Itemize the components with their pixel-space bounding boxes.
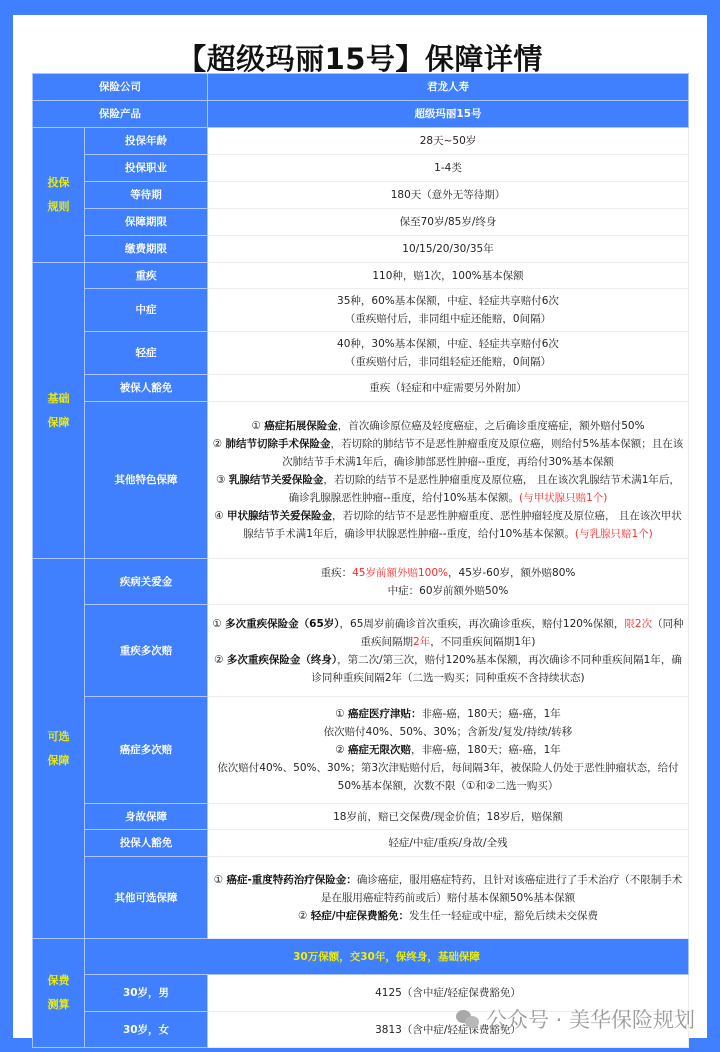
row-value: 35种，60%基本保额，中症、轻症共享赔付6次 （重疾赔付后，非同组中症还能赔，… [208,289,689,332]
feature-item: ④ 甲状腺结节关爱保险金，若切除的结节不是恶性肿瘤重度、恶性肿瘤轻度及原位癌， … [212,507,684,543]
value-highlight: 45岁前额外赔100% [352,567,448,579]
group-label-line: 投保 [37,171,80,195]
group-label-line: 保障 [37,411,80,435]
row-label: 其他特色保障 [85,402,208,559]
row-label: 保险公司 [33,74,208,101]
content-panel: 【超级玛丽15号】保障详情 保险公司 君龙人寿 保险产品 超级玛丽15号 投保 … [13,15,707,1038]
item-title: 乳腺结节关爱保险金 [229,474,324,486]
item-number: ① [214,874,223,886]
watermark-text: 公众号 · 美华保险规划 [486,1004,695,1034]
item-highlight: 限2次 [624,618,652,630]
group-label-basic: 基础 保障 [33,263,85,559]
item-text: ，65周岁前确诊首次重疾，再次确诊重疾，赔付120%保额， [340,618,625,630]
value-line: （重疾赔付后，非同组轻症还能赔，0间隔） [212,353,684,371]
row-label: 癌症多次赔 [85,697,208,804]
value-line: 40种，30%基本保额，中症、轻症共享赔付6次 [212,335,684,353]
row-value: 18岁前，赔已交保费/现金价值；18岁后，赔保额 [208,804,689,830]
row-value: 10/15/20/30/35年 [208,236,689,263]
item-note: (与甲状腺只赔1个) [519,492,607,504]
table-row: 缴费期限 10/15/20/30/35年 [33,236,689,263]
feature-item: ② 肺结节切除手术保险金，若切除的肺结节不是恶性肿瘤重度及原位癌，则给付5%基本… [212,435,684,471]
table-row: 保费 测算 30万保额，交30年，保终身，基础保障 [33,939,689,975]
item-text: 非癌-癌，180天；癌-癌，1年 [421,708,560,720]
row-label: 其他可选保障 [85,857,208,939]
table-row: 可选 保障 疾病关爱金 重疾：45岁前额外赔100%，45岁-60岁，额外赔80… [33,559,689,605]
row-value: ① 多次重疾保险金（65岁），65周岁前确诊首次重疾，再次确诊重疾，赔付120%… [208,605,689,697]
page-title: 【超级玛丽15号】保障详情 [13,37,707,78]
table-row: 保险产品 超级玛丽15号 [33,101,689,128]
item-number: ① [212,618,221,630]
feature-item: ① 癌症医疗津贴：非癌-癌，180天；癌-癌，1年 [212,705,684,723]
item-number: ② [214,654,223,666]
item-number: ② [298,910,307,922]
row-value: 超级玛丽15号 [208,101,689,128]
group-label-line: 保障 [37,749,80,773]
item-title: 甲状腺结节关爱保险金 [227,510,332,522]
row-label: 身故保障 [85,804,208,830]
feature-item: ② 轻症/中症保费豁免：发生任一轻症或中症，豁免后续未交保费 [212,907,684,925]
row-label: 等待期 [85,182,208,209]
coverage-table: 保险公司 君龙人寿 保险产品 超级玛丽15号 投保 规则 投保年龄 28天~50… [32,73,689,1048]
group-label-line: 保费 [37,969,80,993]
table-row: 基础 保障 重疾 110种，赔1次，100%基本保额 [33,263,689,289]
item-text: ，第二次/第三次，赔付120%基本保额，再次确诊不同种重疾间隔1年，确诊同种重疾… [311,654,682,684]
feature-item: ③ 乳腺结节关爱保险金，若切除的结节不是恶性肿瘤重度及原位癌， 且在该次乳腺结节… [212,471,684,507]
row-value: 轻症/中症/重疾/身故/全残 [208,830,689,857]
item-text: ，若切除的肺结节不是恶性肿瘤重度及原位癌，则给付5%基本保额；且在该次肺结节手术… [282,438,683,468]
item-text: 确诊癌症，服用癌症特药，且针对该癌症进行了手术治疗（不限制手术是在服用癌症特药前… [321,874,682,904]
value-line: 中症：60岁前额外赔50% [212,582,684,600]
table-row: 身故保障 18岁前，赔已交保费/现金价值；18岁后，赔保额 [33,804,689,830]
item-number: ① [251,420,260,432]
table-row: 中症 35种，60%基本保额，中症、轻症共享赔付6次 （重疾赔付后，非同组中症还… [33,289,689,332]
value-text: 重疾： [321,567,353,579]
row-label: 保险产品 [33,101,208,128]
feature-item: ② 多次重疾保险金（终身），第二次/第三次，赔付120%基本保额，再次确诊不同种… [212,651,684,687]
value-text: ，45岁-60岁，额外赔80% [448,567,575,579]
table-row: 轻症 40种，30%基本保额，中症、轻症共享赔付6次 （重疾赔付后，非同组轻症还… [33,332,689,375]
item-number: ④ [214,510,223,522]
watermark: 公众号 · 美华保险规划 [456,1004,695,1034]
item-text: ，非癌-癌，180天；癌-癌，1年 [411,744,561,756]
table-row: 投保职业 1-4类 [33,155,689,182]
value-line: 依次赔付40%、50%、30%；含新发/复发/持续/转移 [212,723,684,741]
item-title: 多次重疾保险金（65岁） [225,618,339,630]
item-text: ，首次确诊原位癌及轻度癌症，之后确诊重度癌症，额外赔付50% [338,420,645,432]
table-row: 投保 规则 投保年龄 28天~50岁 [33,128,689,155]
item-number: ② [213,438,222,450]
value-line: （重疾赔付后，非同组中症还能赔，0间隔） [212,310,684,328]
table-row: 等待期 180天（意外无等待期） [33,182,689,209]
item-title: 癌症拓展保险金 [264,420,338,432]
item-title: 癌症医疗津贴： [348,708,422,720]
row-label: 投保人豁免 [85,830,208,857]
feature-item: ② 癌症无限次赔，非癌-癌，180天；癌-癌，1年 [212,741,684,759]
value-line: 35种，60%基本保额，中症、轻症共享赔付6次 [212,292,684,310]
row-value: 180天（意外无等待期） [208,182,689,209]
item-number: ① [335,708,344,720]
row-label: 中症 [85,289,208,332]
value-line: 重疾：45岁前额外赔100%，45岁-60岁，额外赔80% [212,564,684,582]
row-label: 30岁，女 [85,1012,208,1048]
row-value: 40种，30%基本保额，中症、轻症共享赔付6次 （重疾赔付后，非同组轻症还能赔，… [208,332,689,375]
group-label-optional: 可选 保障 [33,559,85,939]
feature-item: ① 癌症-重度特药治疗保险金：确诊癌症，服用癌症特药，且针对该癌症进行了手术治疗… [212,871,684,907]
item-text: ，不同重疾间隔期1年) [430,636,535,648]
table-row: 重疾多次赔 ① 多次重疾保险金（65岁），65周岁前确诊首次重疾，再次确诊重疾，… [33,605,689,697]
row-label: 30岁，男 [85,975,208,1012]
row-label: 疾病关爱金 [85,559,208,605]
row-label: 投保年龄 [85,128,208,155]
item-title: 轻症/中症保费豁免： [311,910,409,922]
row-label: 重疾多次赔 [85,605,208,697]
wechat-icon [456,1009,480,1029]
group-label-rules: 投保 规则 [33,128,85,263]
row-value: 1-4类 [208,155,689,182]
table-row: 被保人豁免 重疾（轻症和中症需要另外附加） [33,375,689,402]
row-label: 重疾 [85,263,208,289]
row-value: 重疾：45岁前额外赔100%，45岁-60岁，额外赔80% 中症：60岁前额外赔… [208,559,689,605]
table-row: 其他可选保障 ① 癌症-重度特药治疗保险金：确诊癌症，服用癌症特药，且针对该癌症… [33,857,689,939]
row-label: 保障期限 [85,209,208,236]
row-label: 投保职业 [85,155,208,182]
feature-item: ① 癌症拓展保险金，首次确诊原位癌及轻度癌症，之后确诊重度癌症，额外赔付50% [212,417,684,435]
value-line: 依次赔付40%、50%、30%；第3次津贴赔付后，每间隔3年，被保险人仍处于恶性… [212,759,684,795]
row-value: 110种，赔1次，100%基本保额 [208,263,689,289]
row-value: 君龙人寿 [208,74,689,101]
table-row: 其他特色保障 ① 癌症拓展保险金，首次确诊原位癌及轻度癌症，之后确诊重度癌症，额… [33,402,689,559]
feature-item: ① 多次重疾保险金（65岁），65周岁前确诊首次重疾，再次确诊重疾，赔付120%… [212,615,684,651]
row-value: ① 癌症-重度特药治疗保险金：确诊癌症，服用癌症特药，且针对该癌症进行了手术治疗… [208,857,689,939]
row-value: 重疾（轻症和中症需要另外附加） [208,375,689,402]
table-row: 投保人豁免 轻症/中症/重疾/身故/全残 [33,830,689,857]
item-title: 多次重疾保险金（终身） [227,654,337,666]
item-title: 肺结节切除手术保险金 [226,438,331,450]
item-text: ，若切除的结节不是恶性肿瘤重度及原位癌， 且在该次乳腺结节术满1年后，确诊乳腺腺… [289,474,680,504]
table-row: 保险公司 君龙人寿 [33,74,689,101]
item-number: ② [335,744,344,756]
item-text: 发生任一轻症或中症，豁免后续未交保费 [409,910,598,922]
item-note: (与乳腺只赔1个) [575,528,653,540]
group-label-line: 可选 [37,725,80,749]
premium-banner: 30万保额，交30年，保终身，基础保障 [85,939,689,975]
group-label-line: 测算 [37,993,80,1017]
group-label-premium: 保费 测算 [33,939,85,1048]
row-value: ① 癌症医疗津贴：非癌-癌，180天；癌-癌，1年 依次赔付40%、50%、30… [208,697,689,804]
item-number: ③ [216,474,225,486]
row-value: 28天~50岁 [208,128,689,155]
row-label: 缴费期限 [85,236,208,263]
table-row: 癌症多次赔 ① 癌症医疗津贴：非癌-癌，180天；癌-癌，1年 依次赔付40%、… [33,697,689,804]
row-label: 被保人豁免 [85,375,208,402]
table-row: 保障期限 保至70岁/85岁/终身 [33,209,689,236]
row-label: 轻症 [85,332,208,375]
group-label-line: 基础 [37,387,80,411]
row-value: ① 癌症拓展保险金，首次确诊原位癌及轻度癌症，之后确诊重度癌症，额外赔付50% … [208,402,689,559]
group-label-line: 规则 [37,195,80,219]
item-title: 癌症-重度特药治疗保险金： [226,874,356,886]
item-highlight: 2年 [413,636,430,648]
item-title: 癌症无限次赔 [348,744,411,756]
row-value: 保至70岁/85岁/终身 [208,209,689,236]
